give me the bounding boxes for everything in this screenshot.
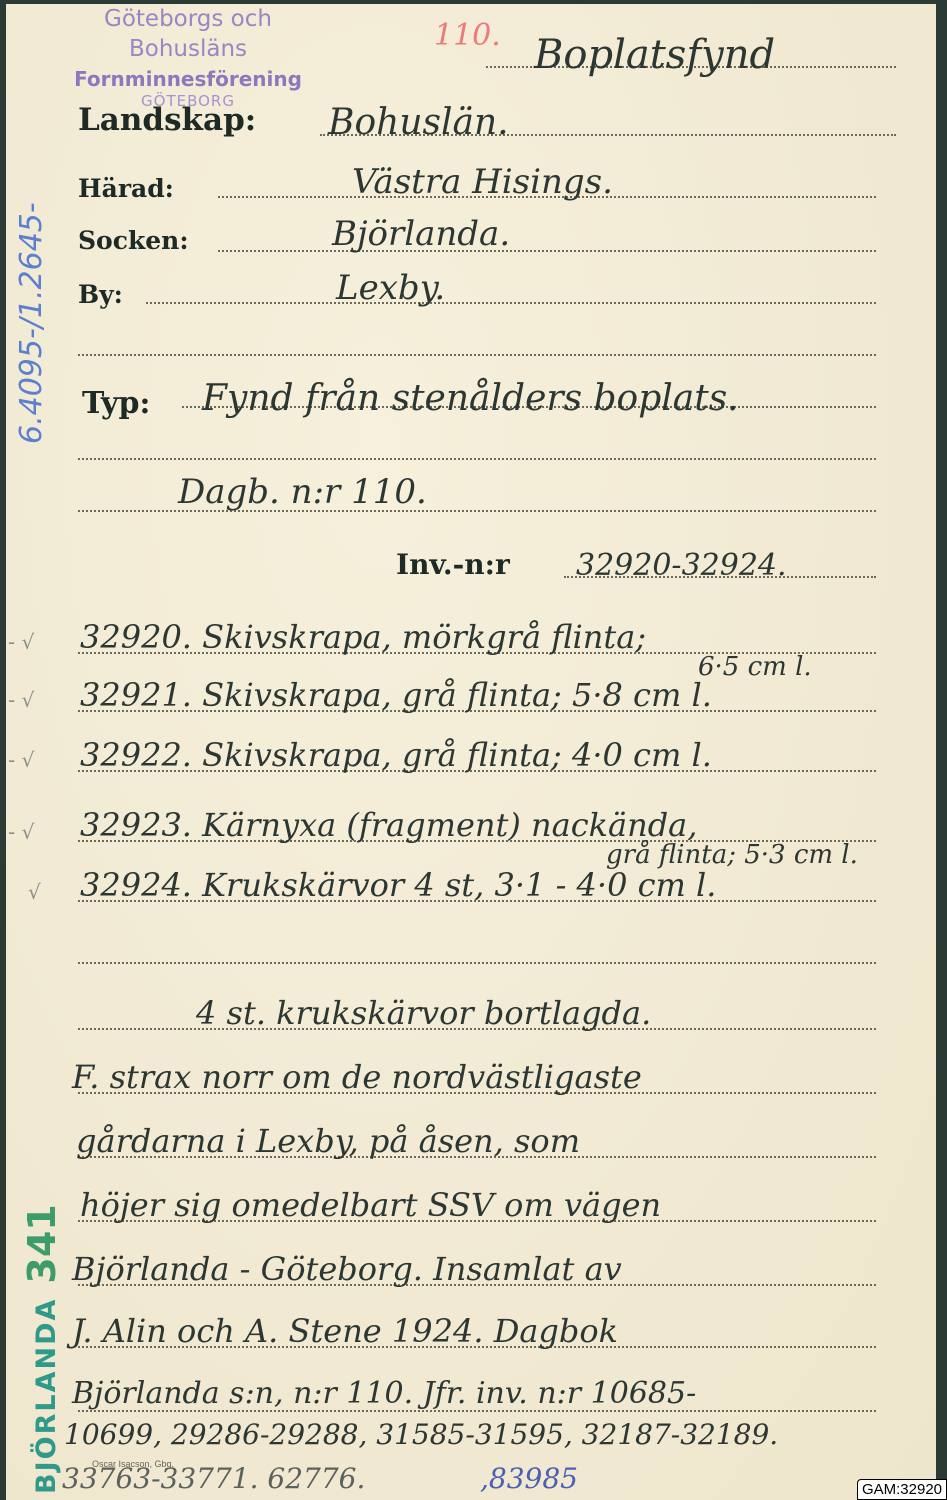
item-4-number: 32923. xyxy=(80,806,192,844)
field-label-typ: Typ: xyxy=(82,386,151,421)
check-mark-3: - √ xyxy=(8,748,34,772)
note-line-text-7: Björlanda s:n, n:r 110. Jfr. inv. n:r 10… xyxy=(72,1376,696,1411)
item-1-continuation: 6·5 cm l. xyxy=(698,652,812,682)
parish-number: 341 xyxy=(20,1204,64,1283)
note-line-text-2: F. strax norr om de nordvästligaste xyxy=(72,1058,642,1096)
catalog-number: 110. xyxy=(434,18,501,53)
stamp-line-1: Göteborgs och xyxy=(58,4,318,34)
note-line-text-6: J. Alin och A. Stene 1924. Dagbok xyxy=(72,1312,618,1350)
item-2-text: Skivskrapa, grå flinta; 5·8 cm l. xyxy=(202,676,712,714)
stamp-line-3: Fornminnesförening xyxy=(58,64,318,94)
item-3-number: 32922. xyxy=(80,736,192,774)
catalog-card: Göteborgs och Bohusläns Fornminnesföreni… xyxy=(6,4,936,1500)
association-stamp: Göteborgs och Bohusläns Fornminnesföreni… xyxy=(58,4,318,108)
item-1: 32920. Skivskrapa, mörkgrå flinta; xyxy=(80,618,646,656)
note-extra-blue: ,83985 xyxy=(480,1462,578,1495)
check-mark-1: - √ xyxy=(8,630,34,654)
parish-stamp: BJÖRLANDA xyxy=(31,1298,62,1494)
field-label-socken: Socken: xyxy=(78,226,189,255)
diary-reference: Dagb. n:r 110. xyxy=(178,472,427,512)
margin-stamp-green: BJÖRLANDA341 xyxy=(20,1204,64,1494)
check-mark-5: √ xyxy=(28,880,41,904)
field-value-socken: Björlanda. xyxy=(332,214,510,254)
field-value-typ: Fynd från stenålders boplats. xyxy=(202,378,739,419)
printer-imprint: Oscar Isacson, Gbg. xyxy=(92,1459,174,1469)
item-4-text: Kärnyxa (fragment) nackända, xyxy=(202,806,697,844)
by-line xyxy=(146,302,876,304)
item-1-number: 32920. xyxy=(80,618,192,656)
item-1-text: Skivskrapa, mörkgrå flinta; xyxy=(202,618,646,656)
field-value-harad: Västra Hisings. xyxy=(352,162,613,202)
item-5: 32924. Krukskärvor 4 st, 3·1 - 4·0 cm l. xyxy=(80,866,716,904)
item-2: 32921. Skivskrapa, grå flinta; 5·8 cm l. xyxy=(80,676,712,714)
item-2-number: 32921. xyxy=(80,676,192,714)
inventory-range: 32920-32924. xyxy=(576,548,787,583)
note-line-text-3: gårdarna i Lexby, på åsen, som xyxy=(76,1122,580,1160)
item-5-number: 32924. xyxy=(80,866,192,904)
blank-line-1 xyxy=(78,354,876,356)
field-label-by: By: xyxy=(78,280,123,309)
blank-line-2 xyxy=(78,458,876,460)
note-line-text-5: Björlanda - Göteborg. Insamlat av xyxy=(72,1250,622,1288)
inventory-label: Inv.-n:r xyxy=(396,548,510,581)
field-value-landskap: Bohuslän. xyxy=(328,102,509,143)
item-4: 32923. Kärnyxa (fragment) nackända, xyxy=(80,806,697,844)
item-5-text: Krukskärvor 4 st, 3·1 - 4·0 cm l. xyxy=(202,866,716,904)
margin-note-blue: 6.4095-/1.2645- xyxy=(14,202,49,444)
item-3-text: Skivskrapa, grå flinta; 4·0 cm l. xyxy=(202,736,712,774)
blank-line-3 xyxy=(78,962,876,964)
field-value-by: Lexby. xyxy=(336,268,445,308)
archive-id-label: GAM:32920 xyxy=(857,1479,947,1500)
note-line-text-4: höjer sig omedelbart SSV om vägen xyxy=(80,1186,661,1224)
field-label-landskap: Landskap: xyxy=(78,102,256,138)
field-label-harad: Härad: xyxy=(78,174,174,203)
stamp-line-2: Bohusläns xyxy=(58,34,318,64)
category: Boplatsfynd xyxy=(534,32,775,78)
check-mark-2: - √ xyxy=(8,688,34,712)
note-line-text-1: 4 st. krukskärvor bortlagda. xyxy=(196,994,651,1032)
item-3: 32922. Skivskrapa, grå flinta; 4·0 cm l. xyxy=(80,736,712,774)
note-line-text-8: 10699, 29286-29288, 31585-31595, 32187-3… xyxy=(64,1418,778,1451)
socken-line xyxy=(218,250,876,252)
check-mark-4: - √ xyxy=(8,820,34,844)
